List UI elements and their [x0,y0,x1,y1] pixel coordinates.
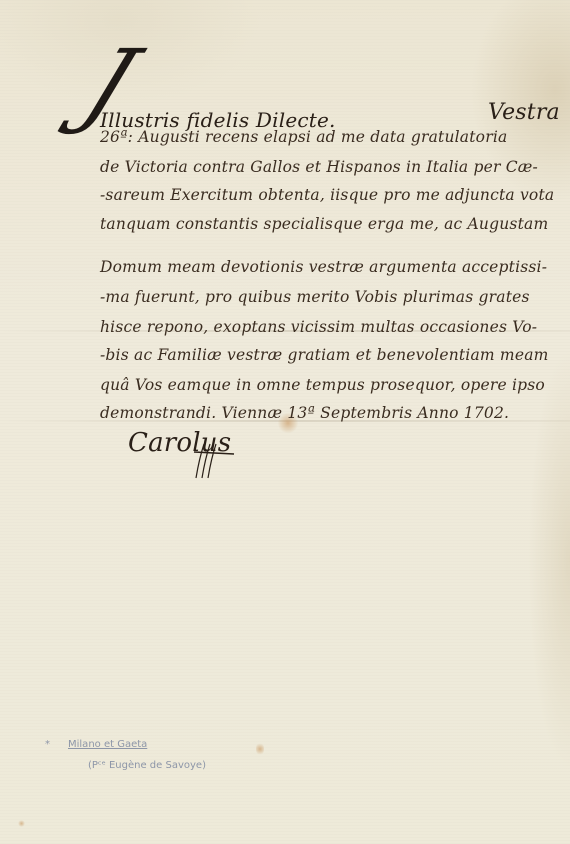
letter-line: quâ Vos eamque in omne tempus prosequor,… [100,376,545,394]
letter-line: 26ª: Augusti recens elapsi ad me data gr… [100,128,507,146]
archival-note-line2: (Pᶜᵉ Eugène de Savoye) [88,760,206,771]
letter-page: J Illustris fidelis Dilecte. Vestra 26ª:… [0,0,570,844]
letter-line: Domum meam devotionis vestræ argumenta a… [100,258,547,276]
letter-line: hisce repono, exoptans vicissim multas o… [100,318,537,336]
archival-note-marker: * [45,739,50,750]
letter-line: -ma fuerunt, pro quibus merito Vobis plu… [100,288,530,306]
letter-line: -sareum Exercitum obtenta, iisque pro me… [100,186,554,204]
salutation-tail: Vestra [488,100,560,125]
rust-spot [18,820,25,827]
archival-note-line1: Milano et Gaeta [68,739,147,750]
letter-line: tanquam constantis specialisque erga me,… [100,215,548,233]
rust-spot [256,742,264,756]
letter-line: -bis ac Familiæ vestræ gratiam et benevo… [100,346,549,364]
letter-line: de Victoria contra Gallos et Hispanos in… [100,158,538,176]
letter-line: demonstrandi. Viennæ 13ª Septembris Anno… [100,404,509,422]
signature-flourish-icon [190,440,240,480]
